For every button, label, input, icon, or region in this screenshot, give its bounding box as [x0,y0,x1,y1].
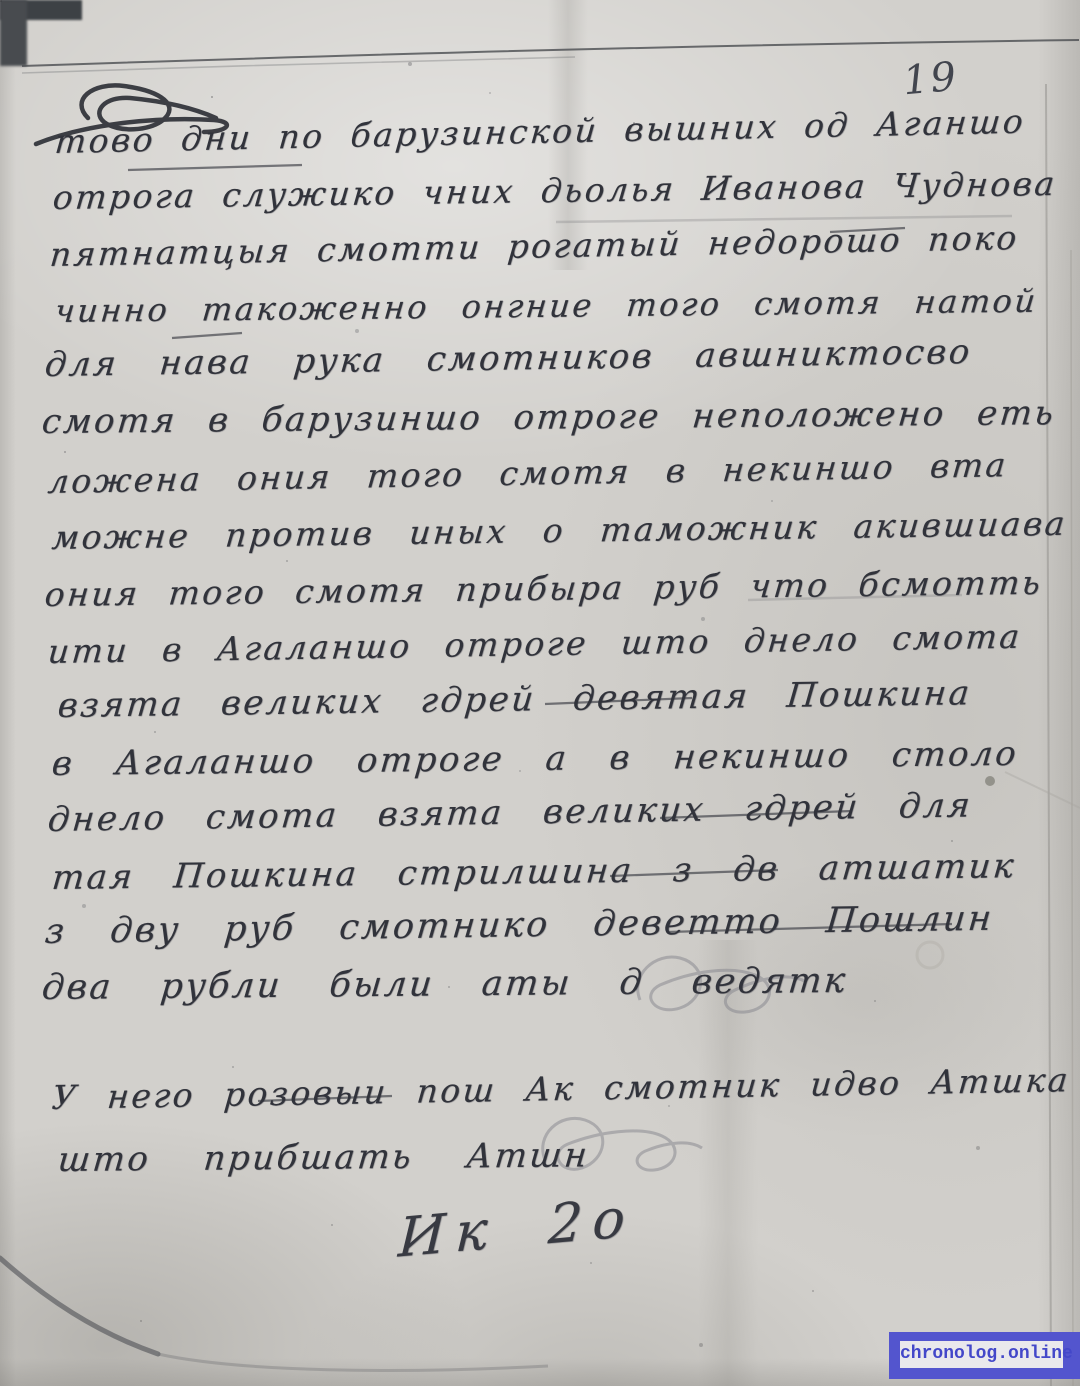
bottom-left-crease [0,1258,158,1354]
watermark-panel: chronolog.online [900,1341,1063,1368]
right-fold-line [1046,84,1051,1386]
right-fold-line-2 [1071,250,1073,1386]
right-margin-crease [1005,772,1080,808]
page-number: 19 [901,54,960,105]
top-fold-line-faint [22,57,575,73]
faint-ring-stain [917,942,943,968]
ink-blot [985,776,995,786]
manuscript-line-18: што прибшать Атшн [56,1135,591,1180]
bottom-smudge [158,1354,548,1370]
manuscript-page-photo: 19 тово дни по барузинской вышних од Ага… [0,0,1080,1386]
watermark-label: chronolog.online [900,1341,1063,1368]
manuscript-line-16: два рубли были аты д ведятк [40,961,849,1008]
watermark-frame: chronolog.online [889,1332,1080,1379]
